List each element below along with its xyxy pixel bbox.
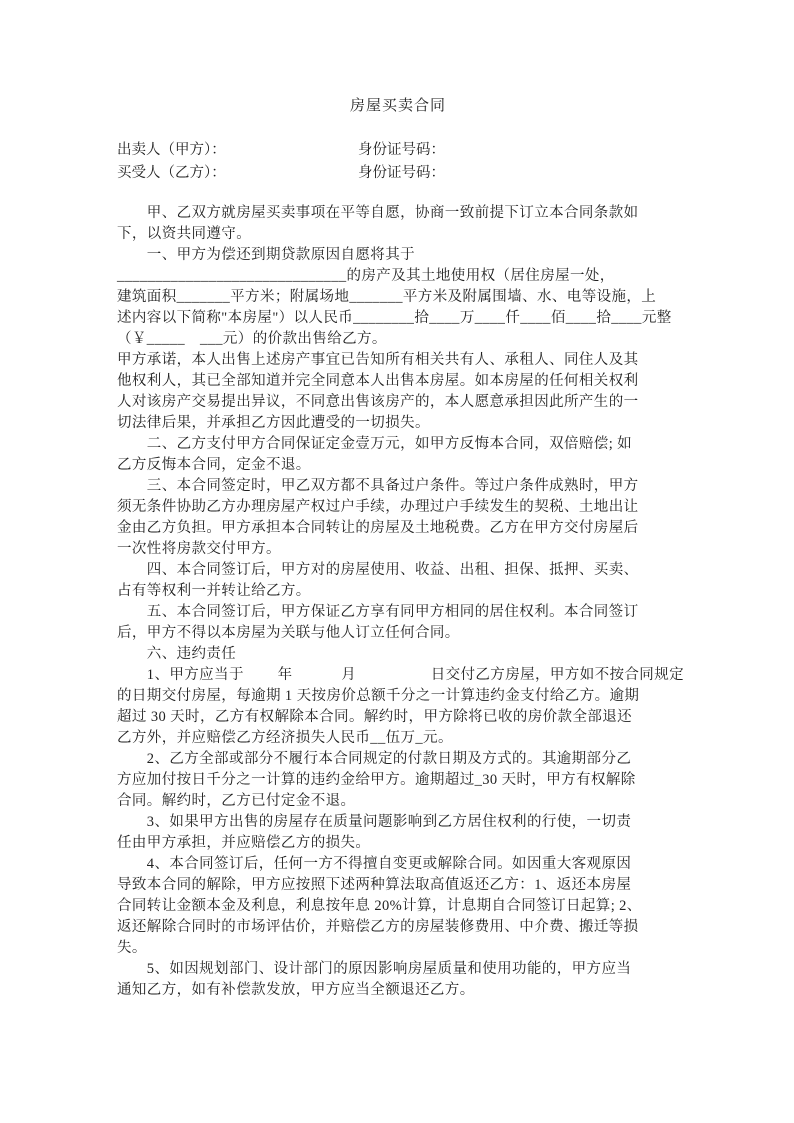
- text-line: 超过 30 天时，乙方有权解除本合同。解约时，甲方除将已收的房价款全部退还: [117, 707, 679, 728]
- text-line: 失。: [117, 938, 679, 959]
- buyer-id-label: 身份证号码：: [358, 162, 679, 185]
- text-line: 三、本合同签定时，甲乙双方都不具备过户条件。等过户条件成熟时，甲方: [117, 476, 679, 497]
- text-line: 一次性将房款交付甲方。: [117, 539, 679, 560]
- text-line: 1、甲方应当于 年 月 日交付乙方房屋，甲方如不按合同规定: [117, 665, 679, 686]
- text-line: 建筑面积_______平方米；附属场地_______平方米及附属围墙、水、电等设…: [117, 287, 679, 308]
- text-line: 述内容以下简称"本房屋"）以人民币________拾____万____仟____…: [117, 308, 679, 329]
- text-line: 二、乙方支付甲方合同保证定金壹万元，如甲方反悔本合同，双倍赔偿; 如: [117, 434, 679, 455]
- text-line: 后，甲方不得以本房屋为关联与他人订立任何合同。: [117, 623, 679, 644]
- contract-body: 甲、乙双方就房屋买卖事项在平等自愿，协商一致前提下订立本合同条款如下，以资共同遵…: [117, 203, 679, 1001]
- text-line: 四、本合同签订后，甲方对的房屋使用、收益、出租、担保、抵押、买卖、: [117, 560, 679, 581]
- document-content: 房屋买卖合同 出卖人（甲方）： 身份证号码： 买受人（乙方）： 身份证号码： 甲…: [117, 96, 679, 1001]
- text-line: 合同。解约时，乙方已付定金不退。: [117, 791, 679, 812]
- seller-label: 出卖人（甲方）：: [117, 139, 358, 162]
- text-line: 甲方承诺，本人出售上述房产事宜已告知所有相关共有人、承租人、同住人及其: [117, 350, 679, 371]
- text-line: 占有等权利一并转让给乙方。: [117, 581, 679, 602]
- text-line: 下，以资共同遵守。: [117, 224, 679, 245]
- text-line: 返还解除合同时的市场评估价，并赔偿乙方的房屋装修费用、中介费、搬迁等损: [117, 917, 679, 938]
- text-line: 2、乙方全部或部分不履行本合同规定的付款日期及方式的。其逾期部分乙: [117, 749, 679, 770]
- text-line: 六、违约责任: [117, 644, 679, 665]
- seller-id-label: 身份证号码：: [358, 139, 679, 162]
- text-line: 导致本合同的解除，甲方应按照下述两种算法取高值返还乙方：1、返还本房屋: [117, 875, 679, 896]
- text-line: 他权利人，其已全部知道并完全同意本人出售本房屋。如本房屋的任何相关权利: [117, 371, 679, 392]
- party-row-buyer: 买受人（乙方）： 身份证号码：: [117, 162, 679, 185]
- text-line: 3、如果甲方出售的房屋存在质量问题影响到乙方居住权利的行使，一切责: [117, 812, 679, 833]
- text-line: 合同转让金额本金及利息，利息按年息 20%计算，计息期自合同签订日起算; 2、: [117, 896, 679, 917]
- text-line: 任由甲方承担，并应赔偿乙方的损失。: [117, 833, 679, 854]
- text-line: 人对该房产交易提出异议，不同意出售该房产的，本人愿意承担因此所产生的一: [117, 392, 679, 413]
- text-line: ______________________________的房产及其土地使用权…: [117, 266, 679, 287]
- text-line: 乙方外，并应赔偿乙方经济损失人民币__伍万_元。: [117, 728, 679, 749]
- contract-page: 房屋买卖合同 出卖人（甲方）： 身份证号码： 买受人（乙方）： 身份证号码： 甲…: [0, 0, 794, 1123]
- text-line: 切法律后果，并承担乙方因此遭受的一切损失。: [117, 413, 679, 434]
- party-row-seller: 出卖人（甲方）： 身份证号码：: [117, 139, 679, 162]
- text-line: 一、甲方为偿还到期贷款原因自愿将其于: [117, 245, 679, 266]
- text-line: 乙方反悔本合同，定金不退。: [117, 455, 679, 476]
- text-line: 通知乙方，如有补偿款发放，甲方应当全额退还乙方。: [117, 980, 679, 1001]
- text-line: 的日期交付房屋，每逾期 1 天按房价总额千分之一计算违约金支付给乙方。逾期: [117, 686, 679, 707]
- text-line: （￥_____ ___元）的价款出售给乙方。: [117, 329, 679, 350]
- text-line: 须无条件协助乙方办理房屋产权过户手续，办理过户手续发生的契税、土地出让: [117, 497, 679, 518]
- buyer-label: 买受人（乙方）：: [117, 162, 358, 185]
- document-title: 房屋买卖合同: [117, 96, 679, 117]
- text-line: 五、本合同签订后，甲方保证乙方享有同甲方相同的居住权利。本合同签订: [117, 602, 679, 623]
- text-line: 5、如因规划部门、设计部门的原因影响房屋质量和使用功能的，甲方应当: [117, 959, 679, 980]
- text-line: 4、本合同签订后，任何一方不得擅自变更或解除合同。如因重大客观原因: [117, 854, 679, 875]
- text-line: 甲、乙双方就房屋买卖事项在平等自愿，协商一致前提下订立本合同条款如: [117, 203, 679, 224]
- text-line: 金由乙方负担。甲方承担本合同转让的房屋及土地税费。乙方在甲方交付房屋后: [117, 518, 679, 539]
- text-line: 方应加付按日千分之一计算的违约金给甲方。逾期超过_30 天时，甲方有权解除: [117, 770, 679, 791]
